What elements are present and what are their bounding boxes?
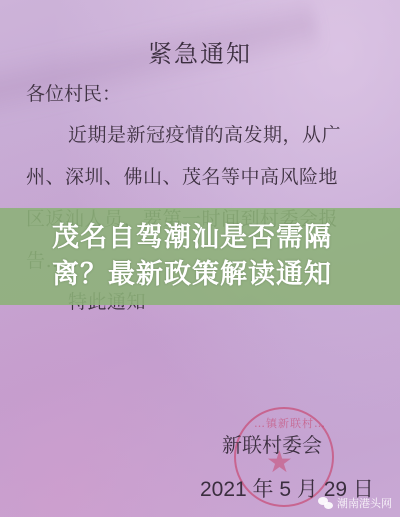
notice-salutation: 各位村民： <box>26 79 121 106</box>
article-title: 茂名自驾潮汕是否需隔离？最新政策解读通知 <box>52 219 352 293</box>
notice-signature: 新联村委会 <box>222 429 322 458</box>
watermark-text: 潮南港头网 <box>337 495 392 511</box>
notice-body-line: 州、深圳、佛山、茂名等中高风险地 <box>26 162 338 189</box>
wechat-icon <box>318 497 334 509</box>
notice-title: 紧急通知 <box>0 34 400 69</box>
notice-body-line: 近期是新冠疫情的高发期，从广 <box>68 120 341 147</box>
source-watermark: 潮南港头网 <box>318 495 392 511</box>
